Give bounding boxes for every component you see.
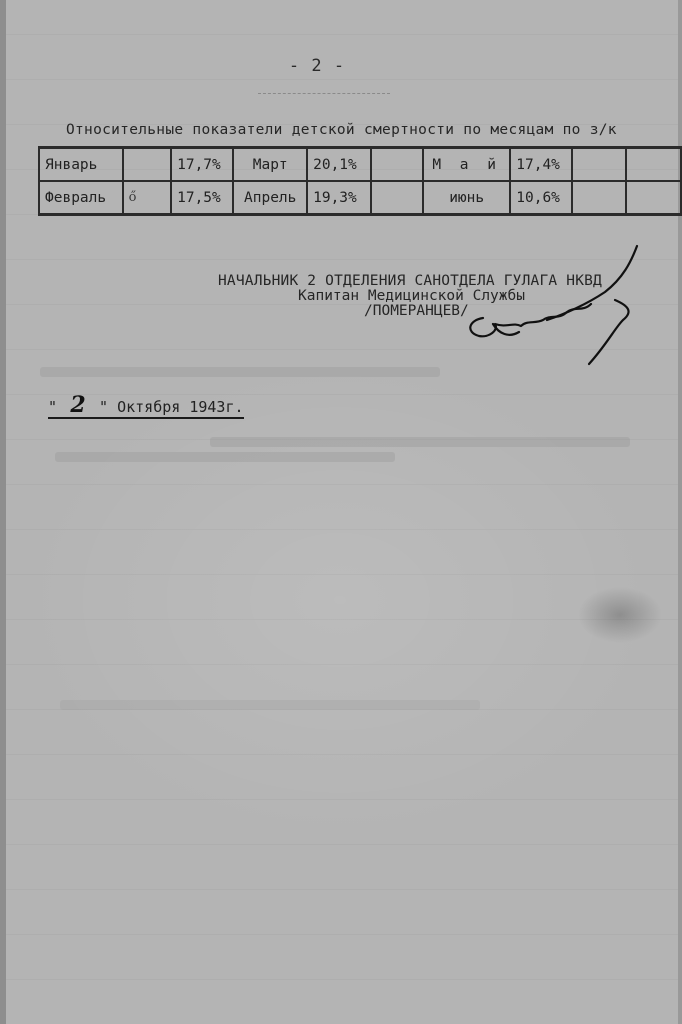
bleed-through-text xyxy=(60,700,480,710)
signatory-name: /ПОМЕРАНЦЕВ/ xyxy=(364,304,469,319)
bleed-through-text xyxy=(40,367,440,377)
value-cell: 19,3% xyxy=(307,181,371,215)
mortality-table: Январь 17,7% Март 20,1% М а й 17,4% Февр… xyxy=(38,146,682,216)
date-month-year: Октября 1943г. xyxy=(117,398,243,416)
month-cell: Февраль xyxy=(39,181,123,215)
blank-cell xyxy=(572,181,627,215)
note-cell xyxy=(123,148,171,182)
blank-cell xyxy=(626,148,681,182)
month-cell: июнь xyxy=(423,181,510,215)
month-cell: М а й xyxy=(423,148,510,182)
table-row: Январь 17,7% Март 20,1% М а й 17,4% xyxy=(39,148,681,182)
value-cell: 10,6% xyxy=(510,181,571,215)
month-cell: Январь xyxy=(39,148,123,182)
value-cell: 17,4% xyxy=(510,148,571,182)
document-date: "2" Октября 1943г. xyxy=(48,398,244,419)
blank-cell xyxy=(572,148,627,182)
blank-cell xyxy=(371,181,423,215)
date-day-handwritten: 2 xyxy=(57,398,99,413)
page-number: - 2 - xyxy=(287,56,347,76)
month-cell: Апрель xyxy=(233,181,307,215)
date-open-quote: " xyxy=(48,398,57,416)
blank-cell xyxy=(626,181,681,215)
page-number-rule xyxy=(258,93,390,94)
month-cell: Март xyxy=(233,148,307,182)
scan-edge-left xyxy=(0,0,6,1024)
table-caption: Относительные показатели детской смертно… xyxy=(66,122,617,138)
date-close-quote: " xyxy=(99,398,108,416)
value-cell: 17,5% xyxy=(171,181,233,215)
table-row: Февраль ő 17,5% Апрель 19,3% июнь 10,6% xyxy=(39,181,681,215)
blank-cell xyxy=(371,148,423,182)
handwritten-signature-icon xyxy=(455,240,655,370)
note-cell: ő xyxy=(123,181,171,215)
bleed-through-text xyxy=(210,437,630,447)
bleed-through-text xyxy=(55,452,395,462)
value-cell: 20,1% xyxy=(307,148,371,182)
value-cell: 17,7% xyxy=(171,148,233,182)
